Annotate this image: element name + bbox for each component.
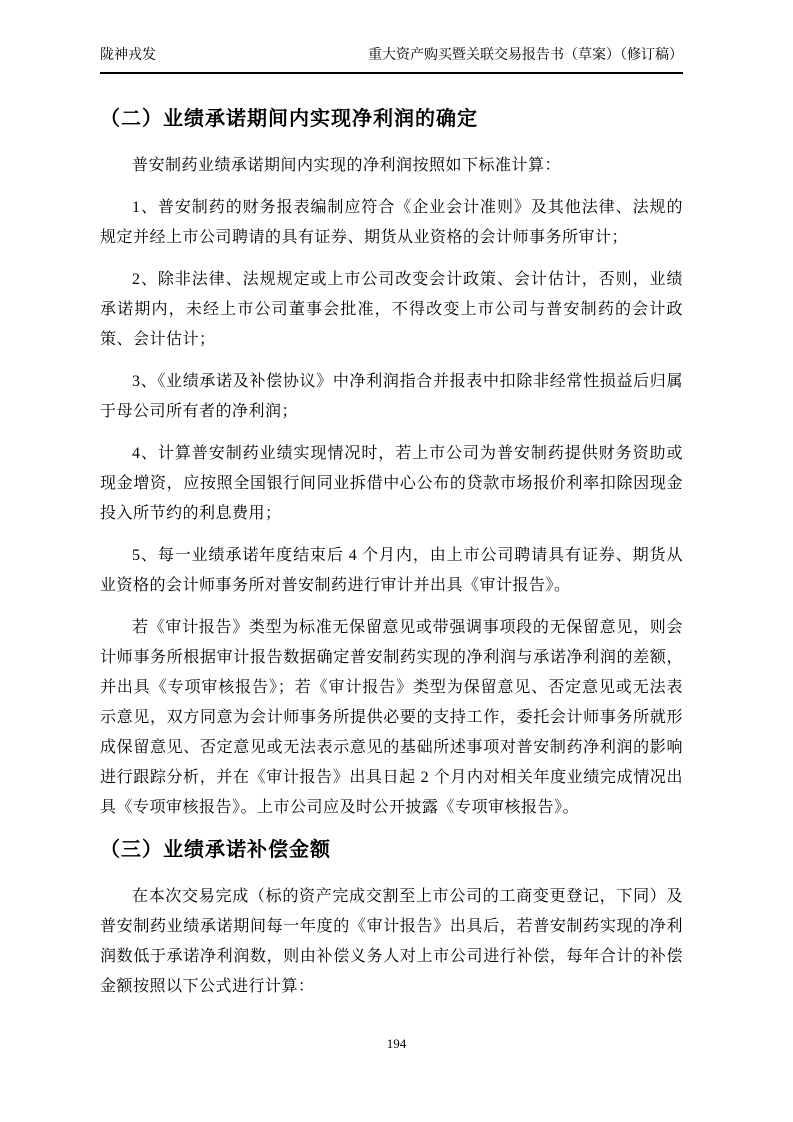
page-header: 陇神戎发 重大资产购买暨关联交易报告书（草案）（修订稿） (100, 46, 683, 74)
paragraph-clause-3: 3、《业绩承诺及补偿协议》中净利润指合并报表中扣除非经常性损益后归属于母公司所有… (100, 367, 683, 427)
section-heading-compensation-amount: （三）业绩承诺补偿金额 (100, 837, 683, 863)
document-page: 陇神戎发 重大资产购买暨关联交易报告书（草案）（修订稿） （二）业绩承诺期间内实… (0, 0, 793, 1122)
page-number: 194 (387, 1036, 407, 1051)
paragraph-intro: 普安制药业绩承诺期间内实现的净利润按照如下标准计算： (100, 151, 683, 181)
paragraph-clause-2: 2、除非法律、法规规定或上市公司改变会计政策、会计估计，否则，业绩承诺期内，未经… (100, 265, 683, 355)
paragraph-clause-4: 4、计算普安制药业绩实现情况时，若上市公司为普安制药提供财务资助或现金增资，应按… (100, 439, 683, 529)
paragraph-audit-report-types: 若《审计报告》类型为标准无保留意见或带强调事项段的无保留意见，则会计师事务所根据… (100, 613, 683, 823)
page-footer: 194 (0, 1036, 793, 1052)
section-heading-net-profit-determination: （二）业绩承诺期间内实现净利润的确定 (100, 106, 683, 132)
paragraph-clause-1: 1、普安制药的财务报表编制应符合《企业会计准则》及其他法律、法规的规定并经上市公… (100, 193, 683, 253)
document-body: （二）业绩承诺期间内实现净利润的确定 普安制药业绩承诺期间内实现的净利润按照如下… (100, 106, 683, 1014)
paragraph-compensation-intro: 在本次交易完成（标的资产完成交割至上市公司的工商变更登记，下同）及普安制药业绩承… (100, 882, 683, 1002)
header-company-name: 陇神戎发 (100, 46, 156, 66)
paragraph-clause-5: 5、每一业绩承诺年度结束后 4 个月内，由上市公司聘请具有证券、期货从业资格的会… (100, 541, 683, 601)
header-report-title: 重大资产购买暨关联交易报告书（草案）（修订稿） (368, 46, 683, 66)
